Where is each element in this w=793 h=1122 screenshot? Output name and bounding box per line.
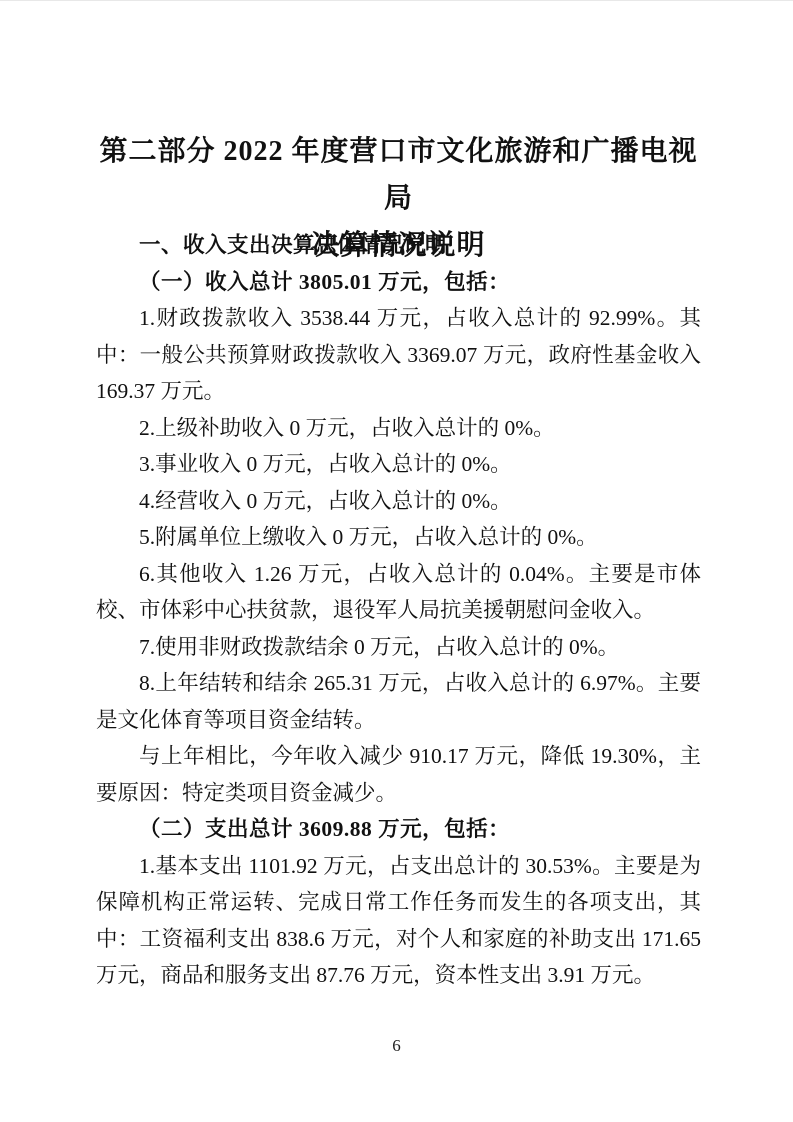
section-heading-income-expense-overview: 一、收入支出决算总体情况说明	[96, 227, 701, 264]
paragraph-superior-subsidy-income: 2.上级补助收入 0 万元，占收入总计的 0%。	[96, 410, 701, 447]
paragraph-non-fiscal-carryover: 7.使用非财政拨款结余 0 万元，占收入总计的 0%。	[96, 629, 701, 666]
paragraph-fiscal-allocation-income: 1.财政拨款收入 3538.44 万元，占收入总计的 92.99%。其中：一般公…	[96, 300, 701, 410]
paragraph-operating-income: 4.经营收入 0 万元，占收入总计的 0%。	[96, 483, 701, 520]
document-page: 第二部分 2022 年度营口市文化旅游和广播电视局 决算情况说明 一、收入支出决…	[0, 0, 793, 1122]
paragraph-year-over-year-comparison: 与上年相比，今年收入减少 910.17 万元，降低 19.30%，主要原因：特定…	[96, 738, 701, 811]
paragraph-prior-year-carryover: 8.上年结转和结余 265.31 万元，占收入总计的 6.97%。主要是文化体育…	[96, 665, 701, 738]
subsection-heading-total-expenditure: （二）支出总计 3609.88 万元，包括：	[96, 811, 701, 848]
document-body: 一、收入支出决算总体情况说明 （一）收入总计 3805.01 万元，包括： 1.…	[96, 227, 701, 994]
paragraph-other-income: 6.其他收入 1.26 万元，占收入总计的 0.04%。主要是市体校、市体彩中心…	[96, 556, 701, 629]
subsection-heading-total-income: （一）收入总计 3805.01 万元，包括：	[96, 264, 701, 301]
paragraph-basic-expenditure: 1.基本支出 1101.92 万元，占支出总计的 30.53%。主要是为保障机构…	[96, 848, 701, 994]
paragraph-affiliated-unit-income: 5.附属单位上缴收入 0 万元，占收入总计的 0%。	[96, 519, 701, 556]
paragraph-institutional-income: 3.事业收入 0 万元，占收入总计的 0%。	[96, 446, 701, 483]
document-title-line-1: 第二部分 2022 年度营口市文化旅游和广播电视局	[96, 128, 701, 222]
page-number: 6	[0, 1036, 793, 1056]
